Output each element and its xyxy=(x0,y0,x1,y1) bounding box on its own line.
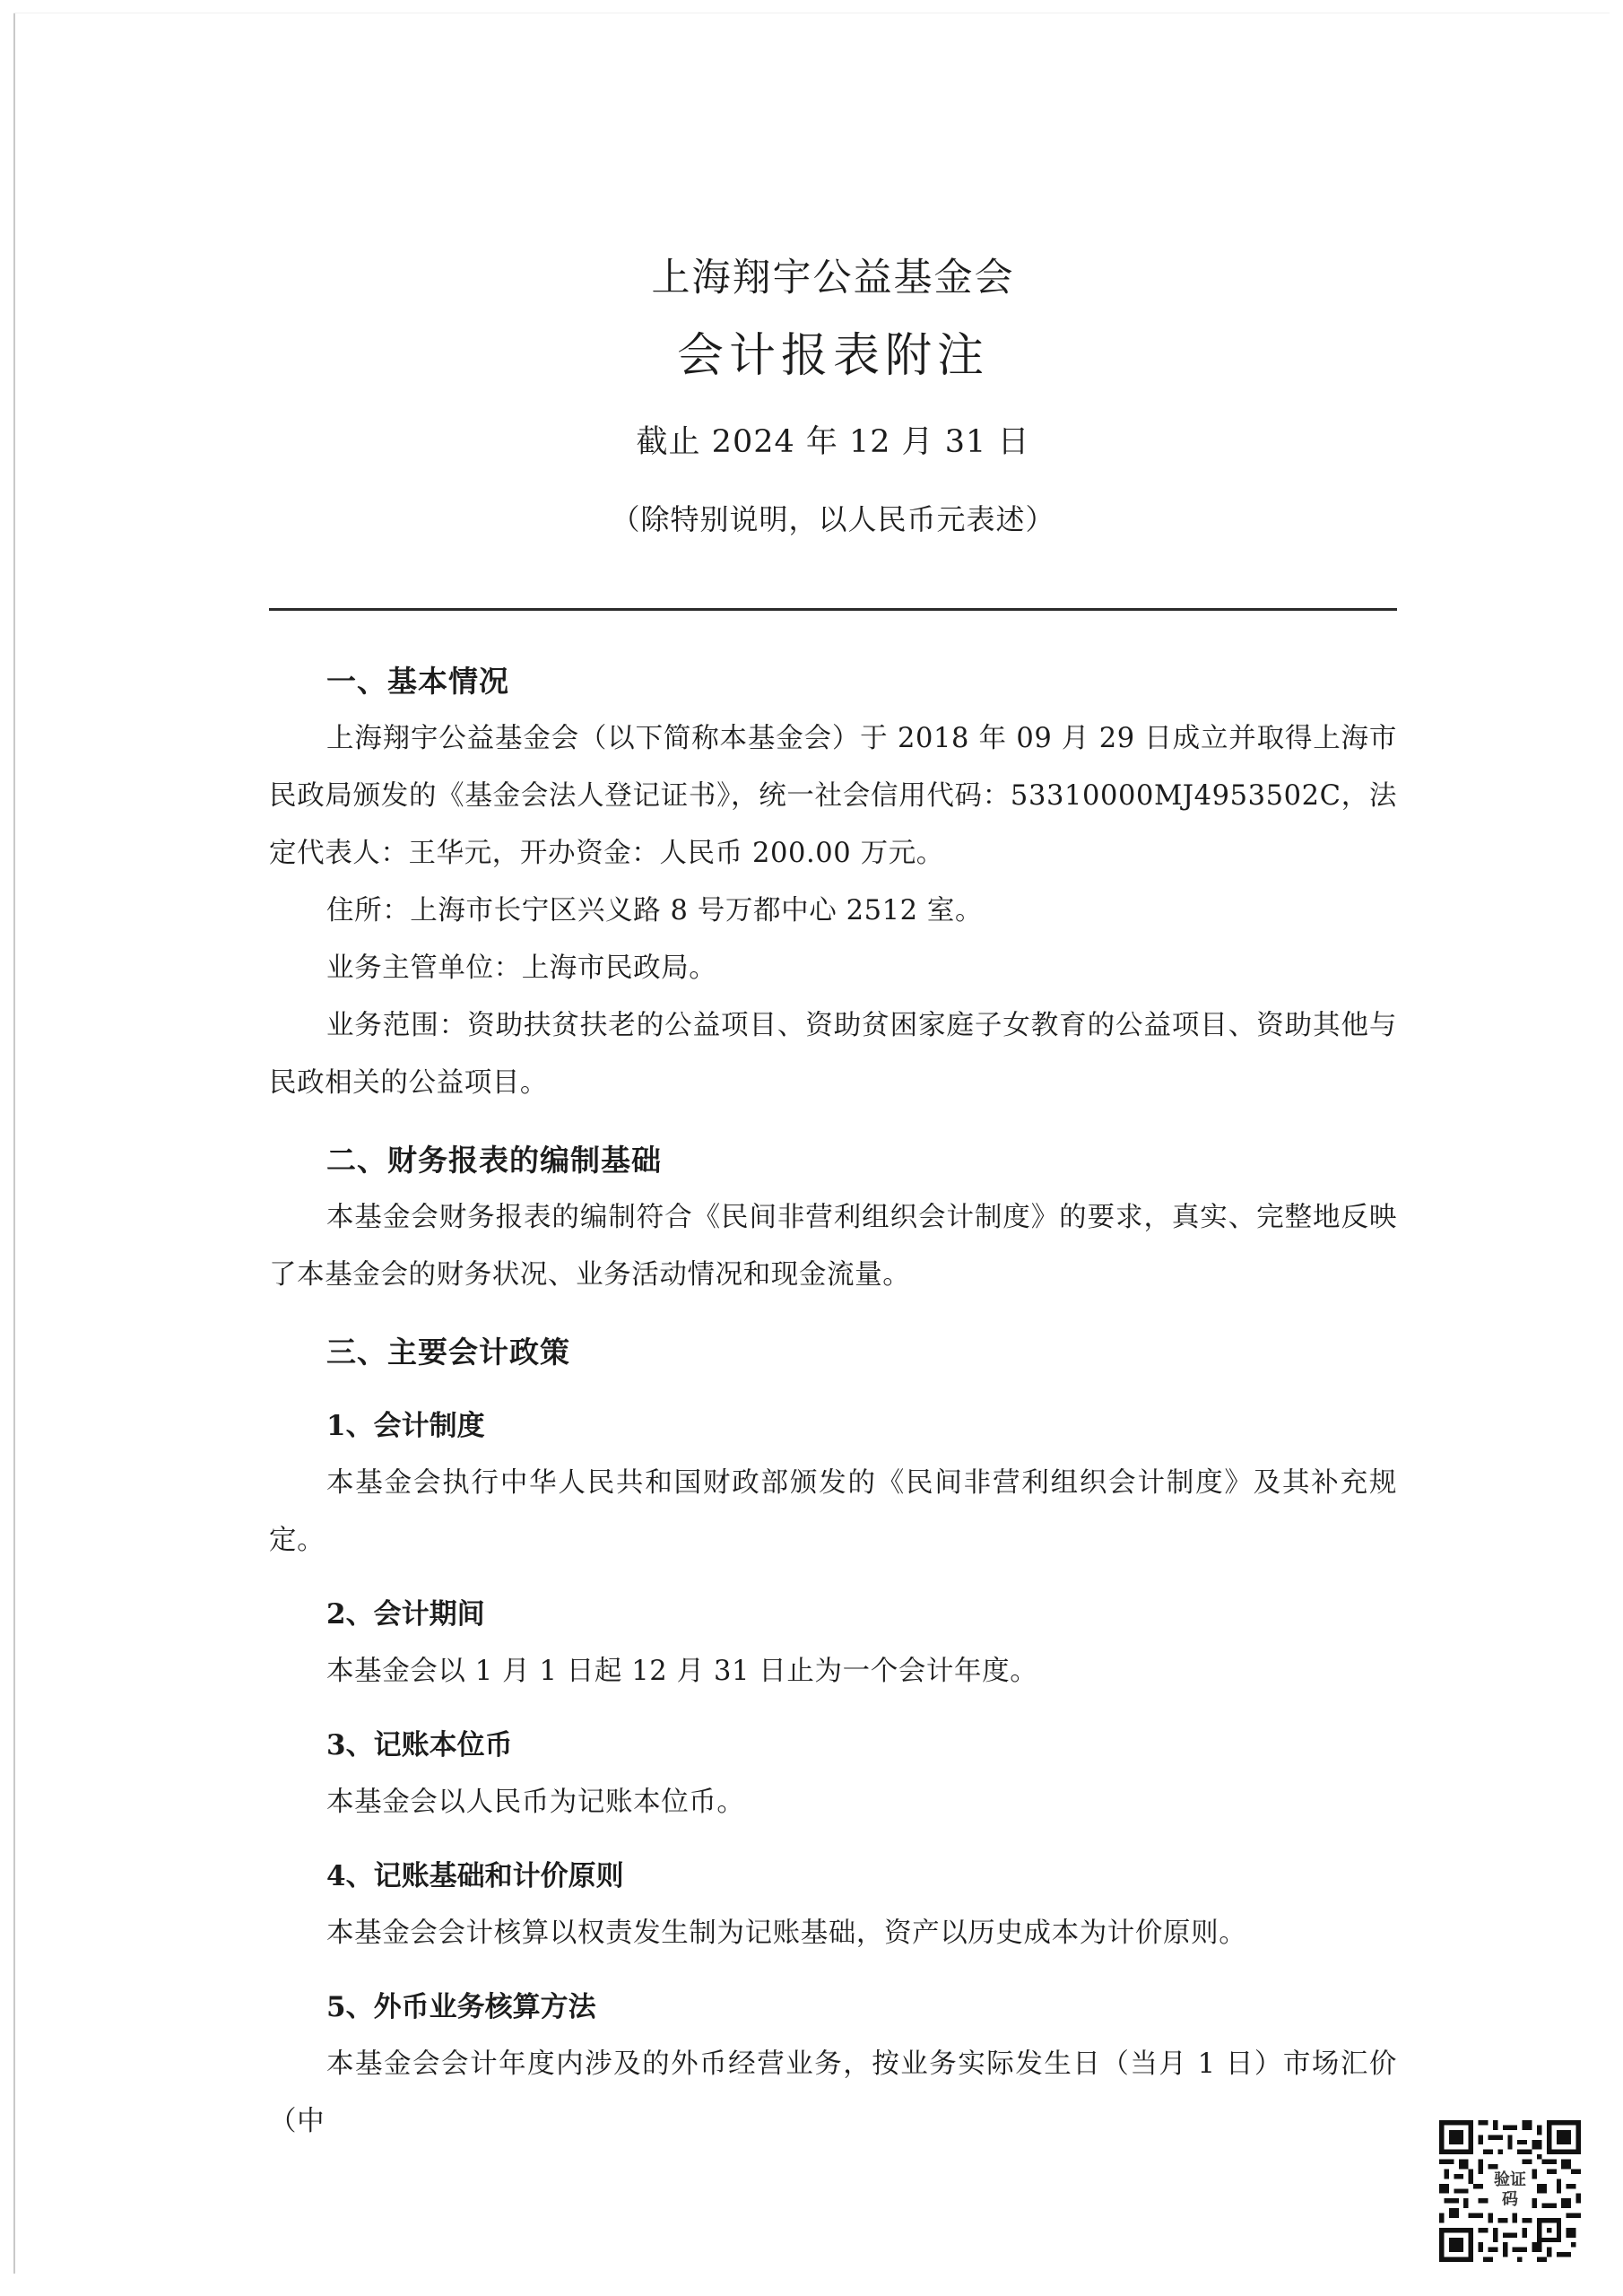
paragraph-accounting-period: 本基金会以 1 月 1 日起 12 月 31 日止为一个会计年度。 xyxy=(269,1643,1397,1700)
header-divider xyxy=(269,608,1397,611)
spacer xyxy=(269,1831,1397,1848)
spacer xyxy=(269,1962,1397,1979)
paragraph-business-scope: 业务范围：资助扶贫扶老的公益项目、资助贫困家庭子女教育的公益项目、资助其他与民政… xyxy=(269,997,1397,1112)
spacer xyxy=(269,1112,1397,1132)
paragraph-accounting-system: 本基金会执行中华人民共和国财政部颁发的《民间非营利组织会计制度》及其补充规定。 xyxy=(269,1455,1397,1570)
qr-code-icon: 验证码 xyxy=(1439,2118,1581,2264)
spacer xyxy=(269,1381,1397,1397)
subheading-accounting-basis: 4、记账基础和计价原则 xyxy=(269,1848,1397,1905)
document-body: 一、基本情况 上海翔宇公益基金会（以下简称本基金会）于 2018 年 09 月 … xyxy=(269,653,1397,2151)
spacer xyxy=(269,1304,1397,1324)
as-of-date: 截止 2024 年 12 月 31 日 xyxy=(269,420,1397,465)
section-heading-basic-info: 一、基本情况 xyxy=(269,653,1397,710)
spacer xyxy=(269,1570,1397,1586)
paragraph-registration: 上海翔宇公益基金会（以下简称本基金会）于 2018 年 09 月 29 日成立并… xyxy=(269,710,1397,883)
organization-title: 上海翔宇公益基金会 xyxy=(269,251,1397,305)
section-heading-basis-of-preparation: 二、财务报表的编制基础 xyxy=(269,1132,1397,1189)
spacer xyxy=(269,1700,1397,1717)
subheading-functional-currency: 3、记账本位币 xyxy=(269,1717,1397,1774)
paragraph-basis-of-preparation: 本基金会财务报表的编制符合《民间非营利组织会计制度》的要求，真实、完整地反映了本… xyxy=(269,1189,1397,1304)
paragraph-foreign-currency: 本基金会会计年度内涉及的外币经营业务，按业务实际发生日（当月 1 日）市场汇价（… xyxy=(269,2036,1397,2151)
scan-border-left xyxy=(13,13,15,2274)
paragraph-address: 住所：上海市长宁区兴义路 8 号万都中心 2512 室。 xyxy=(269,883,1397,940)
currency-note: （除特别说明，以人民币元表述） xyxy=(269,499,1397,540)
paragraph-supervisor: 业务主管单位：上海市民政局。 xyxy=(269,940,1397,997)
paragraph-accounting-basis: 本基金会会计核算以权责发生制为记账基础，资产以历史成本为计价原则。 xyxy=(269,1905,1397,1962)
document-title: 会计报表附注 xyxy=(269,325,1397,387)
scan-border-top xyxy=(13,13,1610,13)
subheading-foreign-currency: 5、外币业务核算方法 xyxy=(269,1979,1397,2036)
subheading-accounting-period: 2、会计期间 xyxy=(269,1586,1397,1643)
qr-verification-label: 验证码 xyxy=(1489,2170,1531,2212)
subheading-accounting-system: 1、会计制度 xyxy=(269,1397,1397,1455)
paragraph-functional-currency: 本基金会以人民币为记账本位币。 xyxy=(269,1774,1397,1831)
section-heading-accounting-policies: 三、主要会计政策 xyxy=(269,1324,1397,1381)
